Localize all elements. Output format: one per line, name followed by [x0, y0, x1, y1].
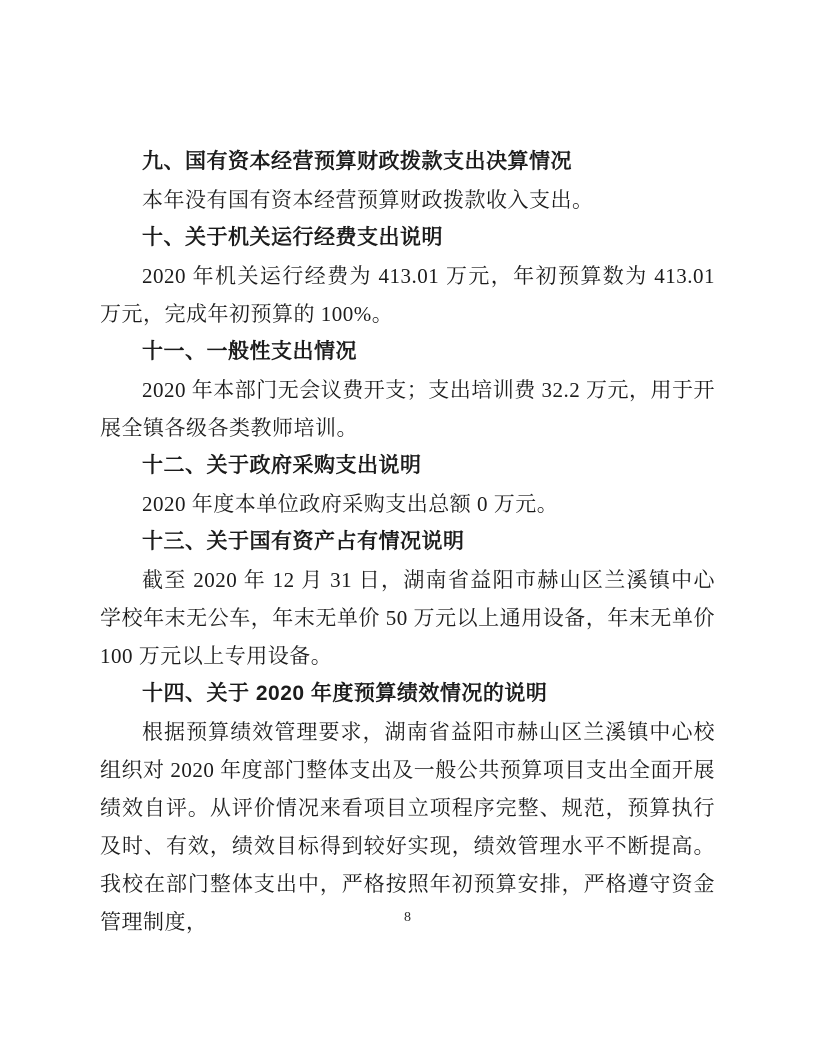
- section-paragraph: 根据预算绩效管理要求，湖南省益阳市赫山区兰溪镇中心校组织对 2020 年度部门整…: [100, 713, 715, 941]
- section-heading: 十二、关于政府采购支出说明: [100, 447, 715, 485]
- document-body: 九、国有资本经营预算财政拨款支出决算情况本年没有国有资本经营预算财政拨款收入支出…: [100, 143, 715, 941]
- section-heading: 十一、一般性支出情况: [100, 333, 715, 371]
- section-heading: 十四、关于 2020 年度预算绩效情况的说明: [100, 675, 715, 713]
- section-paragraph: 2020 年机关运行经费为 413.01 万元，年初预算数为 413.01 万元…: [100, 257, 715, 333]
- section-paragraph: 截至 2020 年 12 月 31 日，湖南省益阳市赫山区兰溪镇中心学校年末无公…: [100, 561, 715, 675]
- section-heading: 十三、关于国有资产占有情况说明: [100, 523, 715, 561]
- section-heading: 十、关于机关运行经费支出说明: [100, 219, 715, 257]
- section-paragraph: 2020 年本部门无会议费开支；支出培训费 32.2 万元，用于开展全镇各级各类…: [100, 371, 715, 447]
- section-heading: 九、国有资本经营预算财政拨款支出决算情况: [100, 143, 715, 181]
- page-number: 8: [0, 908, 815, 928]
- document-page: 九、国有资本经营预算财政拨款支出决算情况本年没有国有资本经营预算财政拨款收入支出…: [0, 0, 815, 1055]
- section-paragraph: 2020 年度本单位政府采购支出总额 0 万元。: [100, 485, 715, 523]
- section-paragraph: 本年没有国有资本经营预算财政拨款收入支出。: [100, 181, 715, 219]
